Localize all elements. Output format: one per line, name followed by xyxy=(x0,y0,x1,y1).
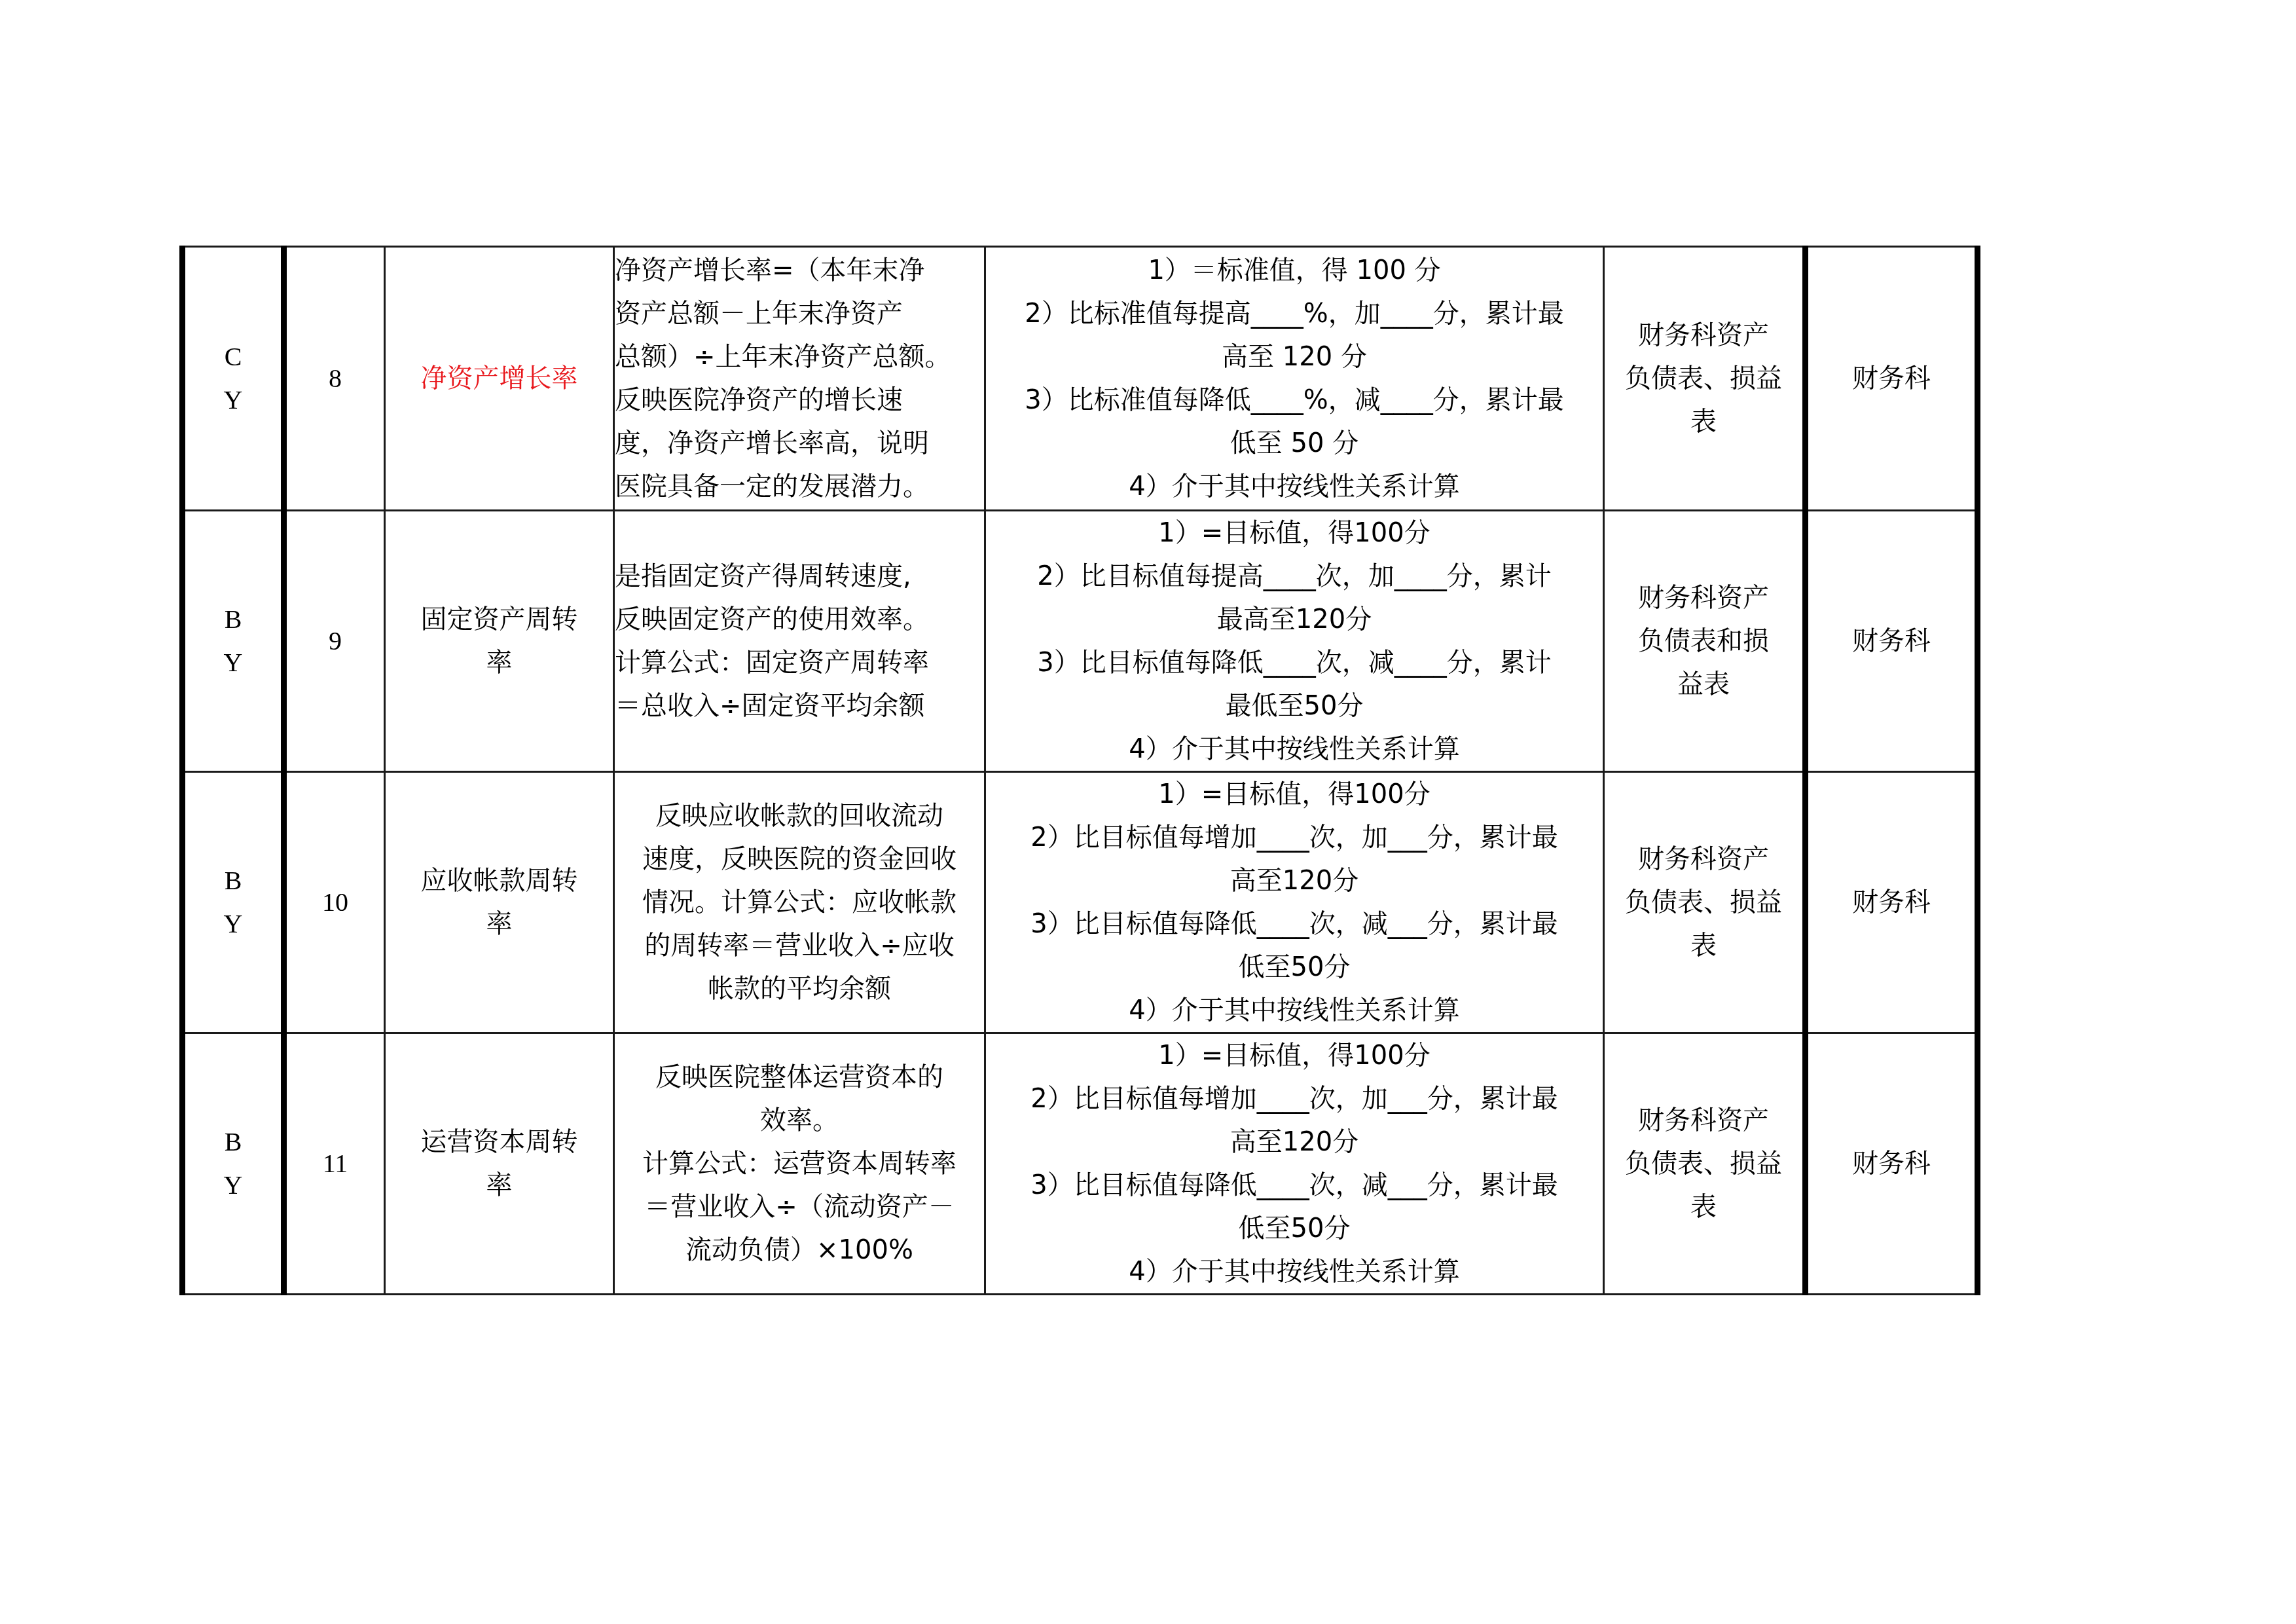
department-cell: 财务科 xyxy=(1806,772,1978,1033)
table-row: C Y 8 净资产增长率 净资产增长率=（本年末净 资产总额－上年末净资产 总额… xyxy=(183,247,1978,511)
source-line: 表 xyxy=(1605,400,1802,443)
department-cell: 财务科 xyxy=(1806,247,1978,511)
rule-line: 低至50分 xyxy=(986,946,1603,989)
number-cell: 10 xyxy=(284,772,385,1033)
rule-line: 3）比标准值每降低____%，减____分，累计最 xyxy=(986,378,1603,422)
rule-line: 低至50分 xyxy=(986,1207,1603,1250)
indicator-name-cell: 净资产增长率 xyxy=(385,247,614,511)
number-cell: 9 xyxy=(284,511,385,772)
document-page: C Y 8 净资产增长率 净资产增长率=（本年末净 资产总额－上年末净资产 总额… xyxy=(0,0,2296,1624)
definition-line: 总额）÷上年末净资产总额。 xyxy=(615,335,984,378)
definition-line: 情况。计算公式：应收帐款 xyxy=(615,881,984,924)
level-cell: B Y xyxy=(183,1033,284,1295)
department-cell: 财务科 xyxy=(1806,511,1978,772)
source-line: 财务科资产 xyxy=(1605,314,1802,357)
scoring-rule-cell: 1）=目标值，得100分 2）比目标值每提高____次，加____分，累计 最高… xyxy=(985,511,1604,772)
level-letter: B xyxy=(185,859,281,902)
rule-line: 4）介于其中按线性关系计算 xyxy=(986,728,1603,771)
rule-line: 4）介于其中按线性关系计算 xyxy=(986,1250,1603,1293)
number-cell: 11 xyxy=(284,1033,385,1295)
definition-line: 反映应收帐款的回收流动 xyxy=(615,794,984,838)
level-letter: Y xyxy=(185,1164,281,1207)
definition-line: 计算公式：运营资本周转率 xyxy=(615,1142,984,1185)
definition-cell: 净资产增长率=（本年末净 资产总额－上年末净资产 总额）÷上年末净资产总额。 反… xyxy=(614,247,985,511)
indicator-name-line: 率 xyxy=(386,902,613,946)
rule-line: 1）=目标值，得100分 xyxy=(986,511,1603,555)
source-line: 财务科资产 xyxy=(1605,1099,1802,1142)
rule-line: 高至 120 分 xyxy=(986,335,1603,378)
number-cell: 8 xyxy=(284,247,385,511)
definition-line: 医院具备一定的发展潜力。 xyxy=(615,465,984,508)
indicator-name-cell: 应收帐款周转 率 xyxy=(385,772,614,1033)
indicator-name-line: 率 xyxy=(386,641,613,684)
rule-line: 高至120分 xyxy=(986,859,1603,902)
level-letter: Y xyxy=(185,902,281,946)
department-cell: 财务科 xyxy=(1806,1033,1978,1295)
level-cell: C Y xyxy=(183,247,284,511)
indicator-name-line: 率 xyxy=(386,1164,613,1207)
level-letter: C xyxy=(185,335,281,378)
level-cell: B Y xyxy=(183,511,284,772)
indicator-name-line: 应收帐款周转 xyxy=(386,859,613,902)
rule-line: 2）比目标值每增加____次，加___分，累计最 xyxy=(986,816,1603,859)
data-source-cell: 财务科资产 负债表、损益 表 xyxy=(1604,772,1806,1033)
source-line: 负债表和损 xyxy=(1605,619,1802,663)
scoring-rule-cell: 1）＝标准值，得 100 分 2）比标准值每提高____%，加____分，累计最… xyxy=(985,247,1604,511)
definition-line: 的周转率＝营业收入÷应收 xyxy=(615,924,984,967)
scoring-rule-cell: 1）=目标值，得100分 2）比目标值每增加____次，加___分，累计最 高至… xyxy=(985,772,1604,1033)
rule-line: 4）介于其中按线性关系计算 xyxy=(986,465,1603,508)
rule-line: 1）=目标值，得100分 xyxy=(986,773,1603,816)
definition-cell: 是指固定资产得周转速度, 反映固定资产的使用效率。 计算公式：固定资产周转率 ＝… xyxy=(614,511,985,772)
indicator-table: C Y 8 净资产增长率 净资产增长率=（本年末净 资产总额－上年末净资产 总额… xyxy=(179,246,1980,1295)
rule-line: 低至 50 分 xyxy=(986,422,1603,465)
definition-line: 效率。 xyxy=(615,1099,984,1142)
rule-line: 3）比目标值每降低____次，减___分，累计最 xyxy=(986,902,1603,946)
definition-line: 速度，反映医院的资金回收 xyxy=(615,838,984,881)
definition-cell: 反映应收帐款的回收流动 速度，反映医院的资金回收 情况。计算公式：应收帐款 的周… xyxy=(614,772,985,1033)
rule-line: 2）比目标值每提高____次，加____分，累计 xyxy=(986,555,1603,598)
rule-line: 最高至120分 xyxy=(986,598,1603,641)
definition-line: 是指固定资产得周转速度, xyxy=(615,555,984,598)
definition-line: 反映医院整体运营资本的 xyxy=(615,1056,984,1099)
definition-line: 帐款的平均余额 xyxy=(615,967,984,1010)
definition-line: 流动负债）×100% xyxy=(615,1228,984,1272)
rule-line: 最低至50分 xyxy=(986,684,1603,728)
source-line: 负债表、损益 xyxy=(1605,1142,1802,1185)
source-line: 表 xyxy=(1605,1185,1802,1228)
definition-line: 度，净资产增长率高，说明 xyxy=(615,422,984,465)
rule-line: 2）比标准值每提高____%，加____分，累计最 xyxy=(986,292,1603,335)
indicator-name-line: 固定资产周转 xyxy=(386,598,613,641)
definition-line: ＝营业收入÷（流动资产－ xyxy=(615,1185,984,1228)
indicator-name-line: 运营资本周转 xyxy=(386,1120,613,1164)
definition-line: ＝总收入÷固定资平均余额 xyxy=(615,684,984,728)
level-letter: B xyxy=(185,1120,281,1164)
rule-line: 3）比目标值每降低____次，减____分，累计 xyxy=(986,641,1603,684)
level-letter: Y xyxy=(185,641,281,684)
source-line: 负债表、损益 xyxy=(1605,357,1802,400)
indicator-name-cell: 运营资本周转 率 xyxy=(385,1033,614,1295)
level-letter: B xyxy=(185,598,281,641)
rule-line: 1）＝标准值，得 100 分 xyxy=(986,249,1603,292)
table-row: B Y 9 固定资产周转 率 是指固定资产得周转速度, 反映固定资产的使用效率。… xyxy=(183,511,1978,772)
data-source-cell: 财务科资产 负债表和损 益表 xyxy=(1604,511,1806,772)
definition-line: 反映固定资产的使用效率。 xyxy=(615,598,984,641)
definition-cell: 反映医院整体运营资本的 效率。 计算公式：运营资本周转率 ＝营业收入÷（流动资产… xyxy=(614,1033,985,1295)
rule-line: 高至120分 xyxy=(986,1120,1603,1164)
definition-line: 净资产增长率=（本年末净 xyxy=(615,249,984,292)
level-cell: B Y xyxy=(183,772,284,1033)
rule-line: 1）=目标值，得100分 xyxy=(986,1034,1603,1077)
source-line: 财务科资产 xyxy=(1605,576,1802,619)
source-line: 益表 xyxy=(1605,663,1802,706)
definition-line: 反映医院净资产的增长速 xyxy=(615,378,984,422)
table-row: B Y 11 运营资本周转 率 反映医院整体运营资本的 效率。 计算公式：运营资… xyxy=(183,1033,1978,1295)
scoring-rule-cell: 1）=目标值，得100分 2）比目标值每增加____次，加___分，累计最 高至… xyxy=(985,1033,1604,1295)
source-line: 财务科资产 xyxy=(1605,838,1802,881)
table-row: B Y 10 应收帐款周转 率 反映应收帐款的回收流动 速度，反映医院的资金回收… xyxy=(183,772,1978,1033)
rule-line: 2）比目标值每增加____次，加___分，累计最 xyxy=(986,1077,1603,1120)
source-line: 表 xyxy=(1605,924,1802,967)
data-source-cell: 财务科资产 负债表、损益 表 xyxy=(1604,1033,1806,1295)
data-source-cell: 财务科资产 负债表、损益 表 xyxy=(1604,247,1806,511)
definition-line: 计算公式：固定资产周转率 xyxy=(615,641,984,684)
source-line: 负债表、损益 xyxy=(1605,881,1802,924)
rule-line: 4）介于其中按线性关系计算 xyxy=(986,989,1603,1032)
level-letter: Y xyxy=(185,378,281,422)
indicator-name-cell: 固定资产周转 率 xyxy=(385,511,614,772)
rule-line: 3）比目标值每降低____次，减___分，累计最 xyxy=(986,1164,1603,1207)
definition-line: 资产总额－上年末净资产 xyxy=(615,292,984,335)
